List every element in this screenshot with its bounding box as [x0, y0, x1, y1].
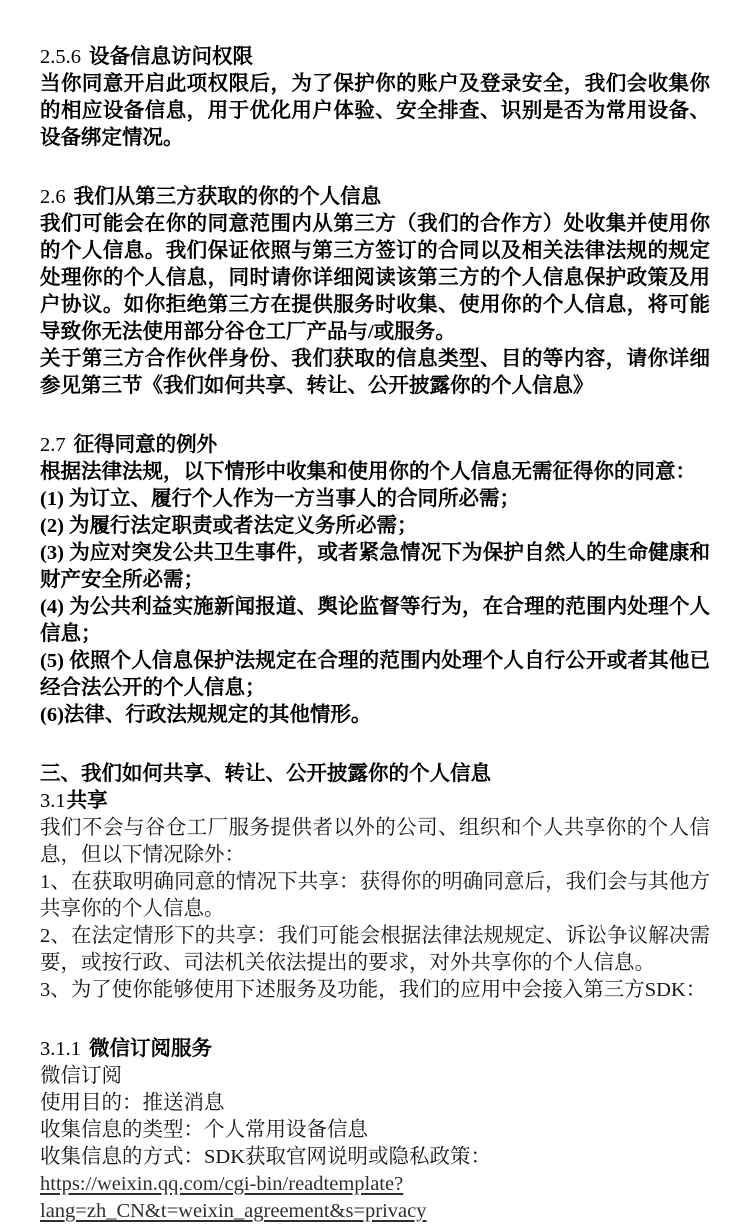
policy-paragraph: 使用目的：推送消息 — [40, 1090, 710, 1117]
policy-paragraph: 我们可能会在你的同意范围内从第三方（我们的合作方）处收集并使用你的个人信息。我们… — [40, 211, 710, 346]
section-heading: 2.7征得同意的例外 — [40, 432, 710, 459]
section-title: 设备信息访问权限 — [89, 46, 253, 68]
section-number: 2.6 — [40, 186, 66, 208]
privacy-policy-document: 2.5.6设备信息访问权限当你同意开启此项权限后，为了保护你的账户及登录安全，我… — [0, 0, 750, 1230]
section-title: 我们从第三方获取的你的个人信息 — [74, 186, 382, 208]
section-number: 3.1 — [40, 790, 66, 812]
policy-paragraph: 收集信息的类型：个人常用设备信息 — [40, 1117, 710, 1144]
section-number: 3.1.1 — [40, 1038, 81, 1060]
policy-paragraph: 2、在法定情形下的共享：我们可能会根据法律法规规定、诉讼争议解决需要，或按行政、… — [40, 923, 710, 977]
section-title: 征得同意的例外 — [74, 434, 218, 456]
policy-paragraph: 收集信息的方式：SDK获取官网说明或隐私政策： — [40, 1144, 710, 1171]
policy-paragraph: (3) 为应对突发公共卫生事件，或者紧急情况下为保护自然人的生命健康和财产安全所… — [40, 540, 710, 594]
policy-paragraph: 根据法律法规，以下情形中收集和使用你的个人信息无需征得你的同意： — [40, 459, 710, 486]
policy-link-url[interactable]: lang=zh_CN&t=weixin_agreement&s=privacy — [40, 1198, 710, 1225]
section-title: 微信订阅服务 — [89, 1038, 212, 1060]
section-heading: 2.5.6设备信息访问权限 — [40, 44, 710, 71]
section-heading: 3.1.1微信订阅服务 — [40, 1036, 710, 1063]
policy-paragraph: (4) 为公共利益实施新闻报道、舆论监督等行为，在合理的范围内处理个人信息； — [40, 594, 710, 648]
section-heading: 2.6我们从第三方获取的你的个人信息 — [40, 184, 710, 211]
policy-paragraph: 当你同意开启此项权限后，为了保护你的账户及登录安全，我们会收集你的相应设备信息，… — [40, 71, 710, 152]
section-number: 2.7 — [40, 434, 66, 456]
policy-paragraph: (5) 依照个人信息保护法规定在合理的范围内处理个人自行公开或者其他已经合法公开… — [40, 648, 710, 702]
section-number: 2.5.6 — [40, 46, 81, 68]
policy-paragraph: (1) 为订立、履行个人作为一方当事人的合同所必需； — [40, 486, 710, 513]
policy-paragraph: (2) 为履行法定职责或者法定义务所必需； — [40, 513, 710, 540]
policy-paragraph: 关于第三方合作伙伴身份、我们获取的信息类型、目的等内容，请你详细参见第三节《我们… — [40, 346, 710, 400]
policy-link-url[interactable]: https://weixin.qq.com/cgi-bin/readtempla… — [40, 1171, 710, 1198]
section-heading: 三、我们如何共享、转让、公开披露你的个人信息 — [40, 761, 710, 788]
policy-paragraph: (6)法律、行政法规规定的其他情形。 — [40, 702, 710, 729]
policy-paragraph: 我们不会与谷仓工厂服务提供者以外的公司、组织和个人共享你的个人信息，但以下情况除… — [40, 815, 710, 869]
section-title: 共享 — [67, 790, 108, 812]
policy-paragraph: 微信订阅 — [40, 1063, 710, 1090]
document-blocks: 2.5.6设备信息访问权限当你同意开启此项权限后，为了保护你的账户及登录安全，我… — [40, 44, 710, 1225]
policy-paragraph: 3、为了使你能够使用下述服务及功能，我们的应用中会接入第三方SDK： — [40, 977, 710, 1004]
policy-paragraph: 1、在获取明确同意的情况下共享：获得你的明确同意后，我们会与其他方共享你的个人信… — [40, 869, 710, 923]
section-heading: 3.1共享 — [40, 788, 710, 815]
